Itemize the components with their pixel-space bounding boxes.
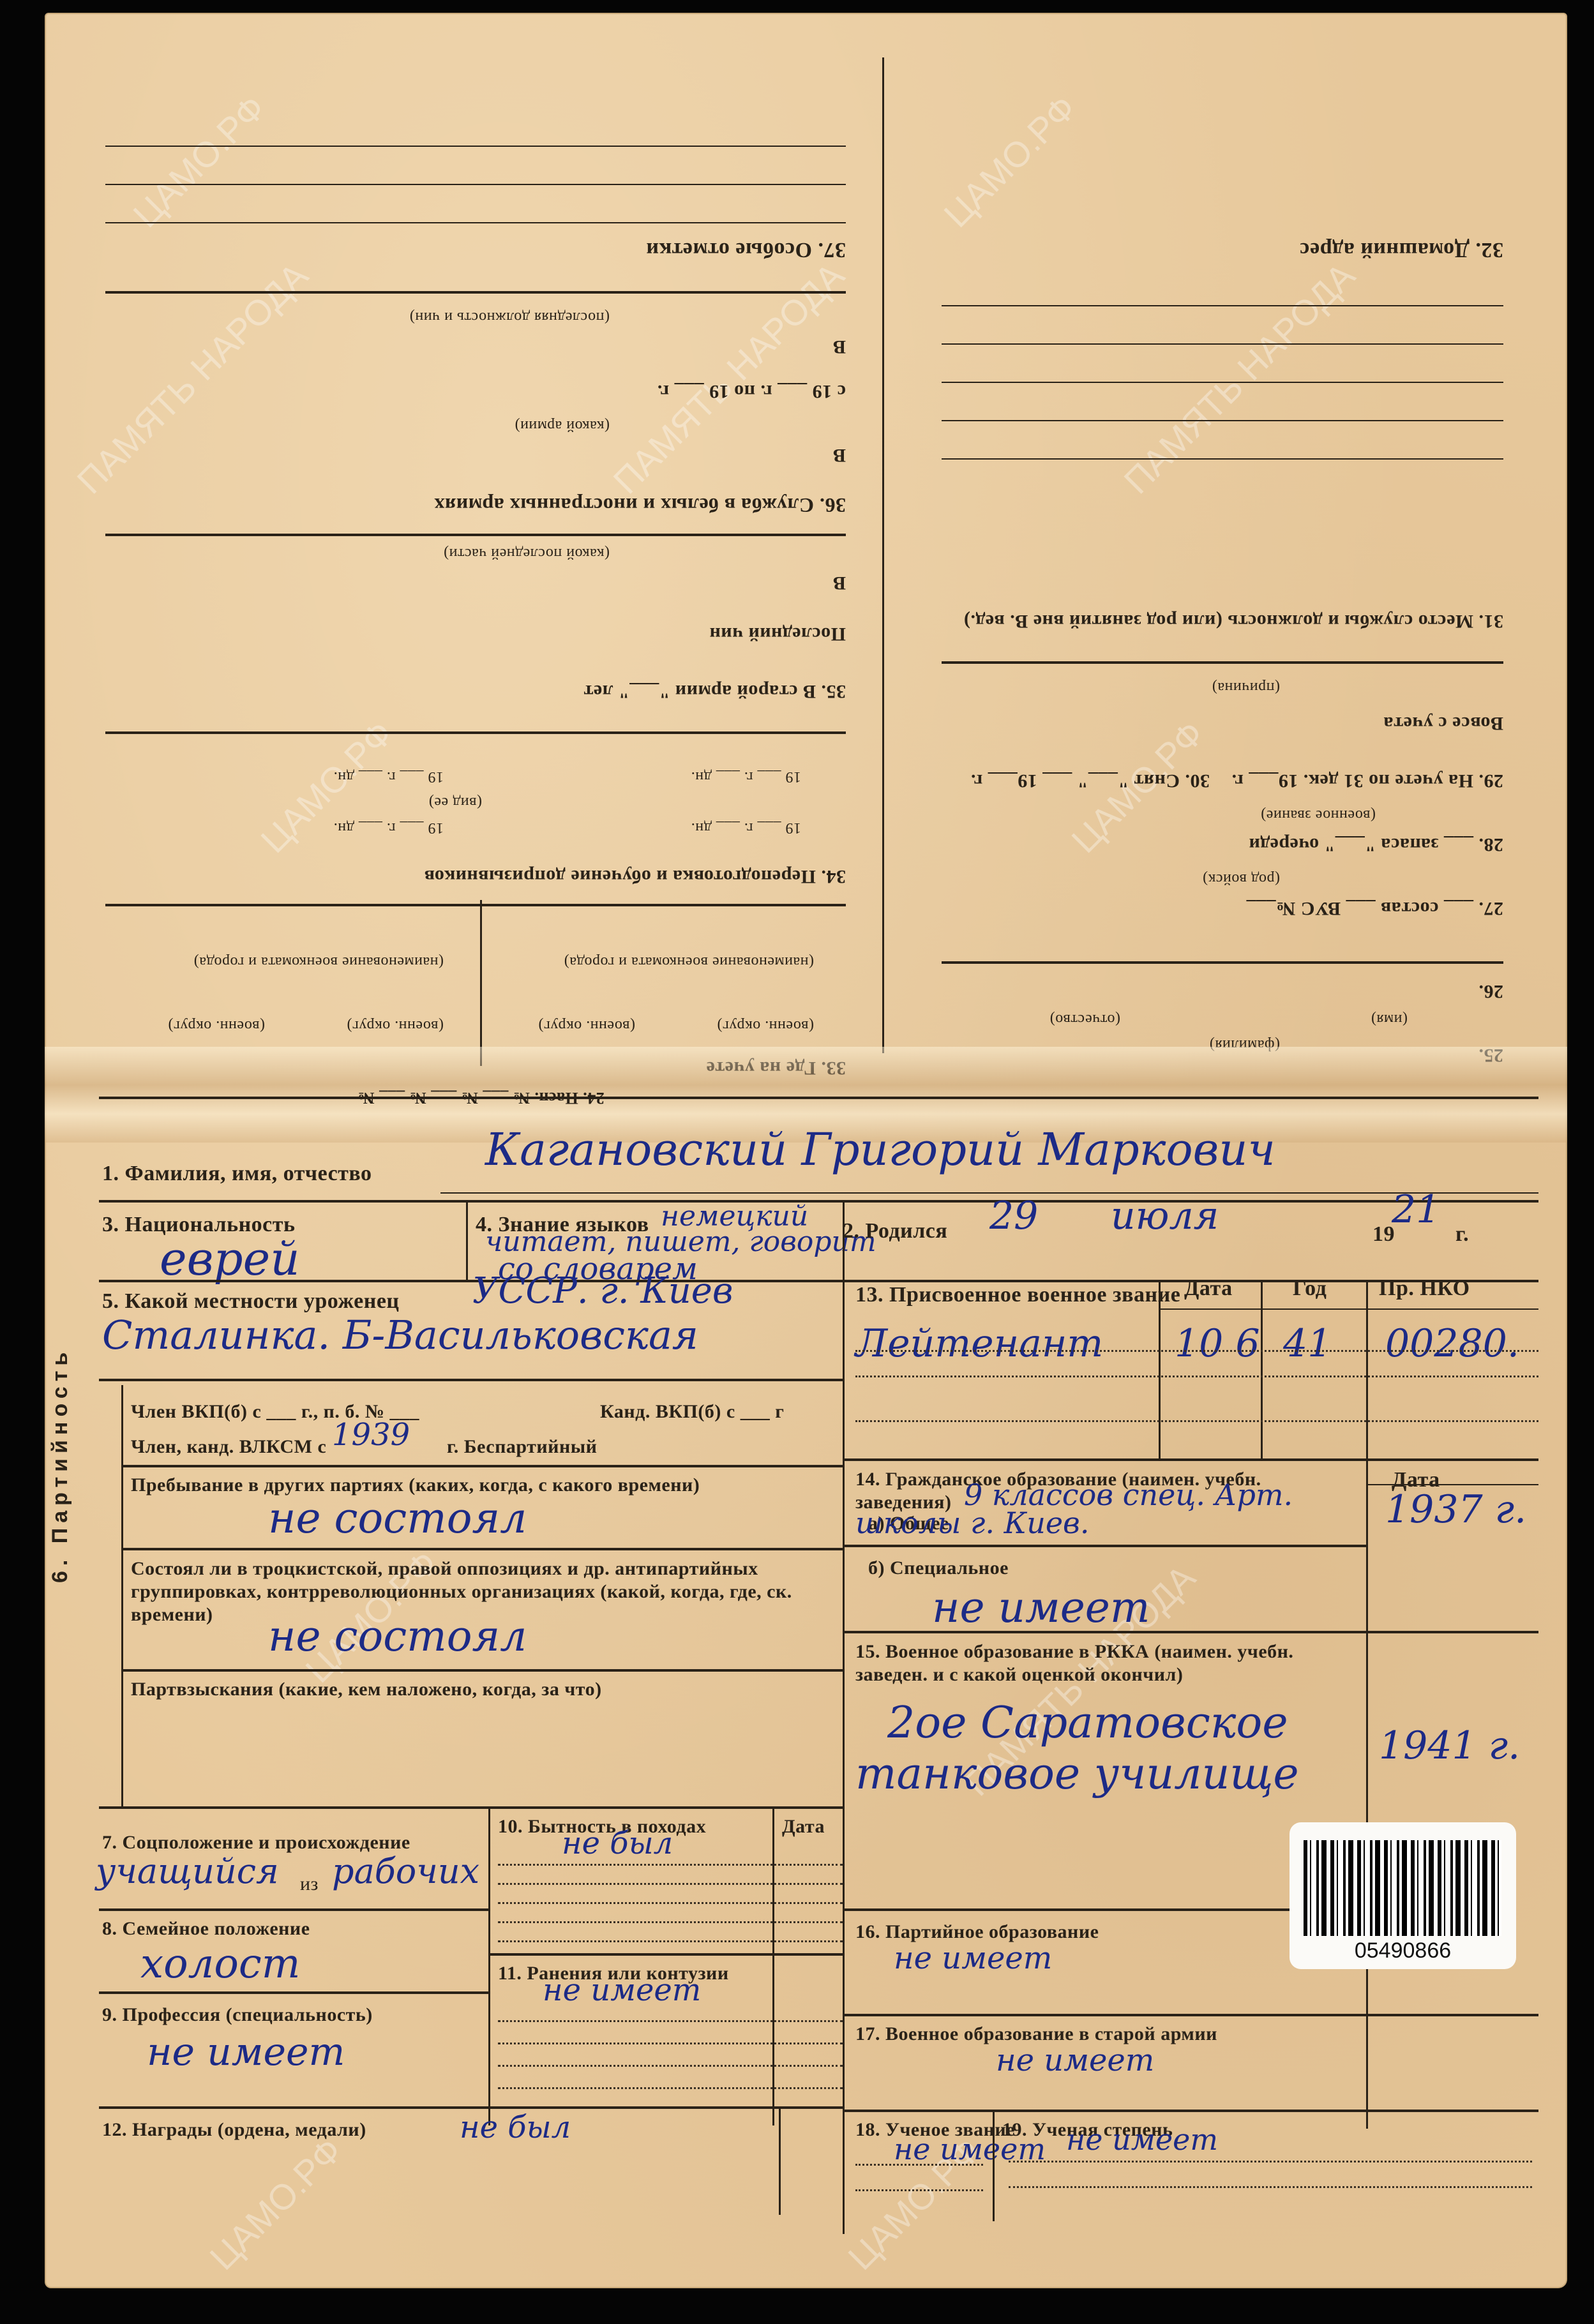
f6-vlksm-suffix: г. Беспартийный [447,1436,597,1458]
field-35-in: В [832,572,846,594]
field-5-label: 5. Какой местности уроженец [102,1289,400,1314]
field-32-label: 32. Домашний адрес [1300,237,1503,262]
field-6-label: 6. Партийность [48,1347,73,1583]
field-36-label: 36. Служба в белых и иностранных армиях [434,493,846,517]
birth-month: июля [1111,1194,1219,1238]
f16-value: не имеет [894,1940,1052,1976]
f13-header-year: Год [1293,1277,1327,1301]
f10-date-header: Дата [782,1816,825,1838]
field-13-value: Лейтенант [855,1321,1103,1366]
field-29-label: 29. На учете по 31 дек. 19___ г. [1231,770,1503,791]
field-13-date: 10 6 [1175,1321,1260,1366]
f9-value: не имеет [147,2030,345,2074]
birth-year: 21 [1392,1187,1440,1232]
hint-rank: (военное звание) [1261,806,1376,823]
f6-other-parties-value: не состоял [268,1494,527,1543]
field-36-in: В [832,336,846,357]
f6-other-parties-label: Пребывание в других партиях (каких, когд… [131,1474,700,1496]
upper-inverted-section: 32. Домашний адрес 31. Место службы и до… [45,13,1567,1091]
f14-special-value: не имеет [932,1583,1150,1632]
field-30-removed-label: Вовсе с учета [1383,712,1503,734]
hint-last-post: (последняя должность и чин) [409,308,610,326]
hint-army: (какой армии) [515,417,610,434]
barcode-icon [1304,1840,1501,1936]
barcode-label: 05490866 [1289,1822,1516,1969]
field-27-label: 27. ___ состав ___ ВУС №___ [1246,897,1503,919]
hint-reason: (причина) [1212,678,1280,696]
f14-general-value: 9 классов спец. Арт. школы г. Киев. [855,1481,1366,1537]
field-7-label: 7. Соцположение и происхождение [102,1832,410,1854]
field-5-value-2: Сталинка. Б-Васильковская [102,1312,698,1358]
field-17-label: 17. Военное образование в старой армии [855,2023,1217,2045]
f14-special-label: б) Специальное [868,1557,1009,1579]
f13-header-date: Дата [1184,1277,1233,1301]
f10-value: не был [562,1825,673,1861]
f34-row: 19 ___ г. ___ дн. [691,768,801,785]
field-26-label: 26. [1478,980,1503,1002]
f11-value: не имеет [543,1972,701,2008]
f7-origin: рабочих [332,1851,479,1891]
field-35-label: 35. В старой армии "___" лет [583,680,846,702]
hint-last-unit: (какой последней части) [444,544,610,562]
field-13-year: 41 [1283,1321,1332,1366]
f6-vlksm-label: Член, канд. ВЛКСМ с [131,1436,326,1458]
f6-vlksm-value: 1939 [332,1417,410,1453]
birth-year-suffix: г. [1455,1222,1469,1247]
field-5-value-1: УССР. г. Киев [472,1270,733,1312]
f6-penalties-label: Партвзыскания (какие, кем наложено, когд… [131,1679,602,1700]
f15-date: 1941 г. [1379,1723,1520,1768]
f34-row: 19 ___ г. ___ дн. [691,819,801,836]
hint-okrug: (военн. округ) [538,1017,635,1034]
field-31-label: 31. Место службы и должность (или род за… [963,610,1503,632]
field-3-value: еврей [160,1232,300,1286]
hint-okrug: (военн. округ) [717,1017,814,1034]
field-34-label: 34. Переподготовка и обучение допризывни… [424,866,846,887]
f19-value: не имеет [1066,2122,1218,2157]
hint-name: (имя) [1371,1010,1408,1028]
field-13-label: 13. Присвоенное военное звание [855,1283,1180,1307]
f17-value: не имеет [996,2043,1154,2078]
f14-date: 1937 г. [1385,1487,1526,1532]
hint-branch: (род войск) [1203,870,1280,887]
f6-cand-vkpb: Канд. ВКП(б) с ___ г [600,1401,784,1423]
field-35-last-rank: Последний чин [709,623,846,645]
field-15-label: 15. Военное образование в РККА (наимен. … [855,1640,1366,1686]
f15-value-2: танковое училище [855,1749,1299,1799]
f7-from: из [300,1873,319,1895]
hint-okrug: (военн. округ) [347,1017,444,1034]
field-12-label: 12. Награды (ордена, медали) [102,2119,366,2141]
field-37-label: 37. Особые отметки [646,237,846,262]
f34-row: 19 ___ г. ___ дн. [333,768,444,785]
field-1-label: 1. Фамилия, имя, отчество [102,1162,372,1186]
f15-value-1: 2ое Саратовское [887,1698,1288,1748]
field-16-label: 16. Партийное образование [855,1921,1099,1943]
f34-row: 19 ___ г. ___ дн. [333,819,444,836]
field-2-label: 2. Родился [843,1219,947,1243]
f8-value: холост [140,1940,300,1988]
barcode-number: 05490866 [1289,1938,1516,1963]
hint-kind: (вид ее) [428,793,482,811]
field-13-order: 00280. [1385,1321,1519,1366]
hint-okrug: (военн. округ) [168,1017,265,1034]
field-9-label: 9. Профессия (специальность) [102,2004,373,2026]
hint-komm: (наименование военкомата и города) [193,953,444,970]
f12-value: не был [460,2110,571,2145]
field-30-label: 30. Снят "___" ___ 19___ г. [971,770,1210,791]
field-28-label: 28. ___ запаса "___" очереди [1249,834,1503,855]
field-36-period: с 19 ___ г. по 19 ___ г. [657,380,846,402]
hint-komm: (наименование военкомата и города) [564,953,814,970]
field-1-value: Кагановский Григорий Маркович [485,1123,1275,1176]
birth-day: 29 [989,1194,1038,1238]
f13-header-order: Пр. НКО [1379,1277,1470,1301]
field-8-label: 8. Семейное положение [102,1918,310,1940]
f6-opposition-value: не состоял [268,1612,527,1661]
hint-patronymic: (отчество) [1049,1010,1120,1028]
f7-value: учащийся [96,1851,279,1891]
field-36-in-2: В [832,444,846,466]
